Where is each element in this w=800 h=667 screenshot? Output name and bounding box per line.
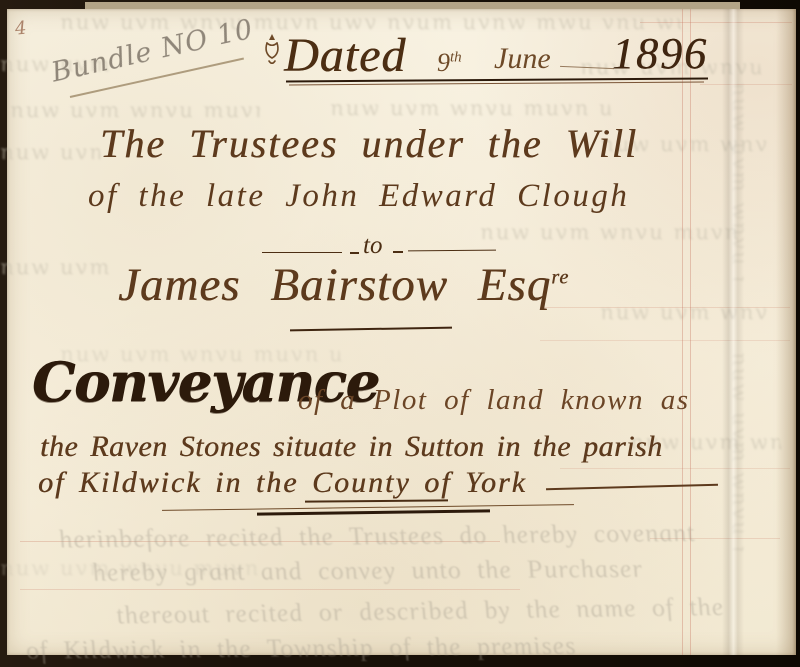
margin-rule-vertical xyxy=(690,9,691,655)
date-day-suffix: th xyxy=(450,49,462,65)
ruled-line-horizontal xyxy=(20,589,520,590)
to-dash-left xyxy=(262,252,342,253)
bleedthrough-scribble: nuw uvm wnvu muvn uwv nvum uvnw mwu vnu … xyxy=(8,98,262,122)
grantor-line-2: of the late John Edward Clough xyxy=(88,178,629,215)
ruled-line-horizontal xyxy=(560,468,790,469)
grantee-title-text: Esq xyxy=(478,259,552,311)
ruled-line-horizontal xyxy=(640,22,792,23)
corner-mark: 4 xyxy=(14,17,28,39)
date-year: 1896 xyxy=(612,28,708,79)
margin-rule-vertical xyxy=(682,9,683,655)
scanned-deed-cover: nuw uvm wnvu muvn uwv nvum uvnw mwu vnu … xyxy=(0,0,800,667)
closing-rule-thin xyxy=(162,504,574,511)
deed-description-2: the Raven Stones situate in Sutton in th… xyxy=(40,430,663,464)
york-trailing-rule xyxy=(546,484,718,490)
grantee-name-line: James Bairstow Esqre xyxy=(118,258,569,312)
grantee-title-suffix: re xyxy=(551,266,569,288)
to-connector: to xyxy=(363,232,382,260)
fold-crease xyxy=(722,9,744,655)
bleedthrough-scribble: nuw uvm wnvu muvn uwv nvum uvnw mwu vnu … xyxy=(0,140,102,164)
flourish-icon xyxy=(258,31,286,69)
bleedthrough-line: herinbefore recited the Trustees do here… xyxy=(55,518,699,555)
ruled-line-horizontal xyxy=(540,340,790,341)
date-month: June xyxy=(494,42,551,76)
page-content: nuw uvm wnvu muvn uwv nvum uvnw mwu vnu … xyxy=(0,0,800,667)
closing-rule-short xyxy=(305,499,448,502)
bleedthrough-scribble: nuw uvm wnvu muvn uwv nvum uvnw mwu vnu … xyxy=(598,300,772,324)
to-dash-small-left xyxy=(350,252,359,254)
deed-description-1: of a Plot of land known as xyxy=(298,384,690,417)
bleedthrough-scribble: nuw uvm wnvu muvn uwv nvum uvnw mwu vnu … xyxy=(478,220,752,244)
paper-edge-shadow xyxy=(776,9,796,655)
closing-rule-bold xyxy=(257,509,490,515)
grantee-underline xyxy=(290,327,452,332)
to-dash-right xyxy=(408,250,496,252)
grantee-name: James Bairstow xyxy=(118,259,448,311)
grantee-title: Esqre xyxy=(478,259,569,311)
to-dash-small-right xyxy=(393,251,403,253)
bleedthrough-scribble: nuw uvm wnvu muvn uwv nvum uvnw mwu vnu … xyxy=(328,96,612,120)
deed-description-3: of Kildwick in the County of York xyxy=(38,466,527,500)
date-label: Dated xyxy=(284,28,406,83)
bleedthrough-scribble: nuw uvm wnvu muvn uwv nvum uvnw mwu vnu … xyxy=(0,255,122,279)
bleedthrough-line: hereby grant and convey unto the Purchas… xyxy=(89,554,647,588)
bleedthrough-line: of Kildwick in the Township of the premi… xyxy=(22,631,580,666)
date-day: 9th xyxy=(437,48,462,78)
bleedthrough-line: thereout recited or described by the nam… xyxy=(112,592,727,631)
date-day-number: 9 xyxy=(437,48,450,77)
grantor-line-1: The Trustees under the Will xyxy=(100,120,638,167)
ruled-line-horizontal xyxy=(540,307,790,308)
